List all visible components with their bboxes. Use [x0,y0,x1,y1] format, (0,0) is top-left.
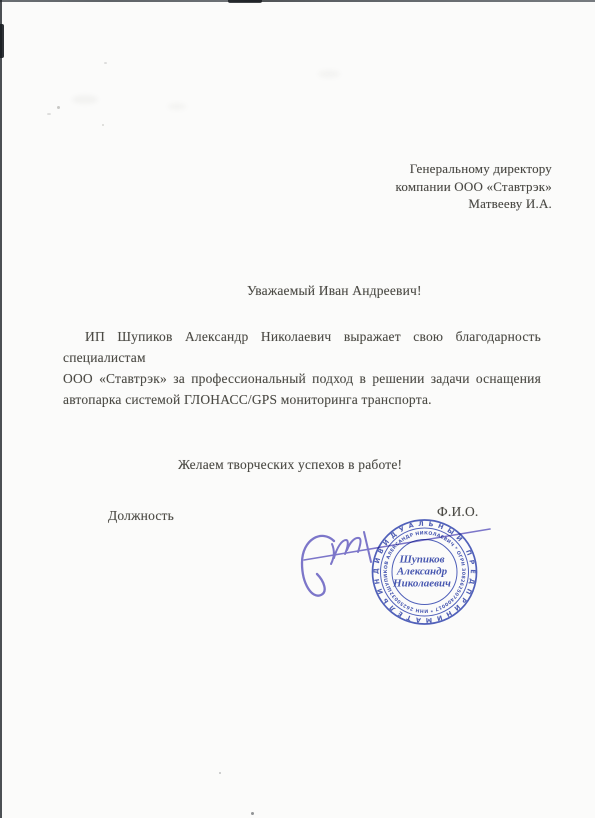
recipient-block: Генеральному директору компании ООО «Ста… [396,160,552,213]
signature-cross-stroke [364,532,371,562]
body-line-2: ООО «Ставтрэк» за профессиональный подхо… [63,368,541,389]
scan-speck [102,124,104,126]
scan-speck [219,772,221,774]
body-line-1: ИП Шупиков Александр Николаевич выражает… [63,326,541,368]
recipient-line-2: компании ООО «Ставтрэк» [396,178,552,196]
body-line-3: автопарка системой ГЛОНАСС/GPS мониторин… [63,389,541,410]
scan-smudge [72,95,98,104]
scan-edge-top-mark [228,0,262,3]
scan-edge-left [0,0,2,818]
recipient-line-1: Генеральному директору [396,160,552,178]
handwritten-signature [288,518,498,610]
recipient-line-3: Матвееву И.А. [396,195,552,213]
body-paragraph: ИП Шупиков Александр Николаевич выражает… [63,326,541,410]
scan-edge-top [0,0,595,2]
salutation: Уважаемый Иван Андреевич! [247,283,422,299]
scanned-letter-page: Генеральному директору компании ООО «Ста… [0,0,595,818]
signature-loop-stroke [302,536,334,596]
scan-speck [104,62,107,64]
scan-smudge [168,103,186,110]
closing-line: Желаем творческих успехов в работе! [178,457,402,473]
scan-speck [47,113,51,115]
scan-speck [251,812,254,815]
scan-edge-left-mark [0,24,4,58]
position-label: Должность [108,508,174,524]
scan-smudge [318,70,340,78]
scan-speck [57,106,60,109]
